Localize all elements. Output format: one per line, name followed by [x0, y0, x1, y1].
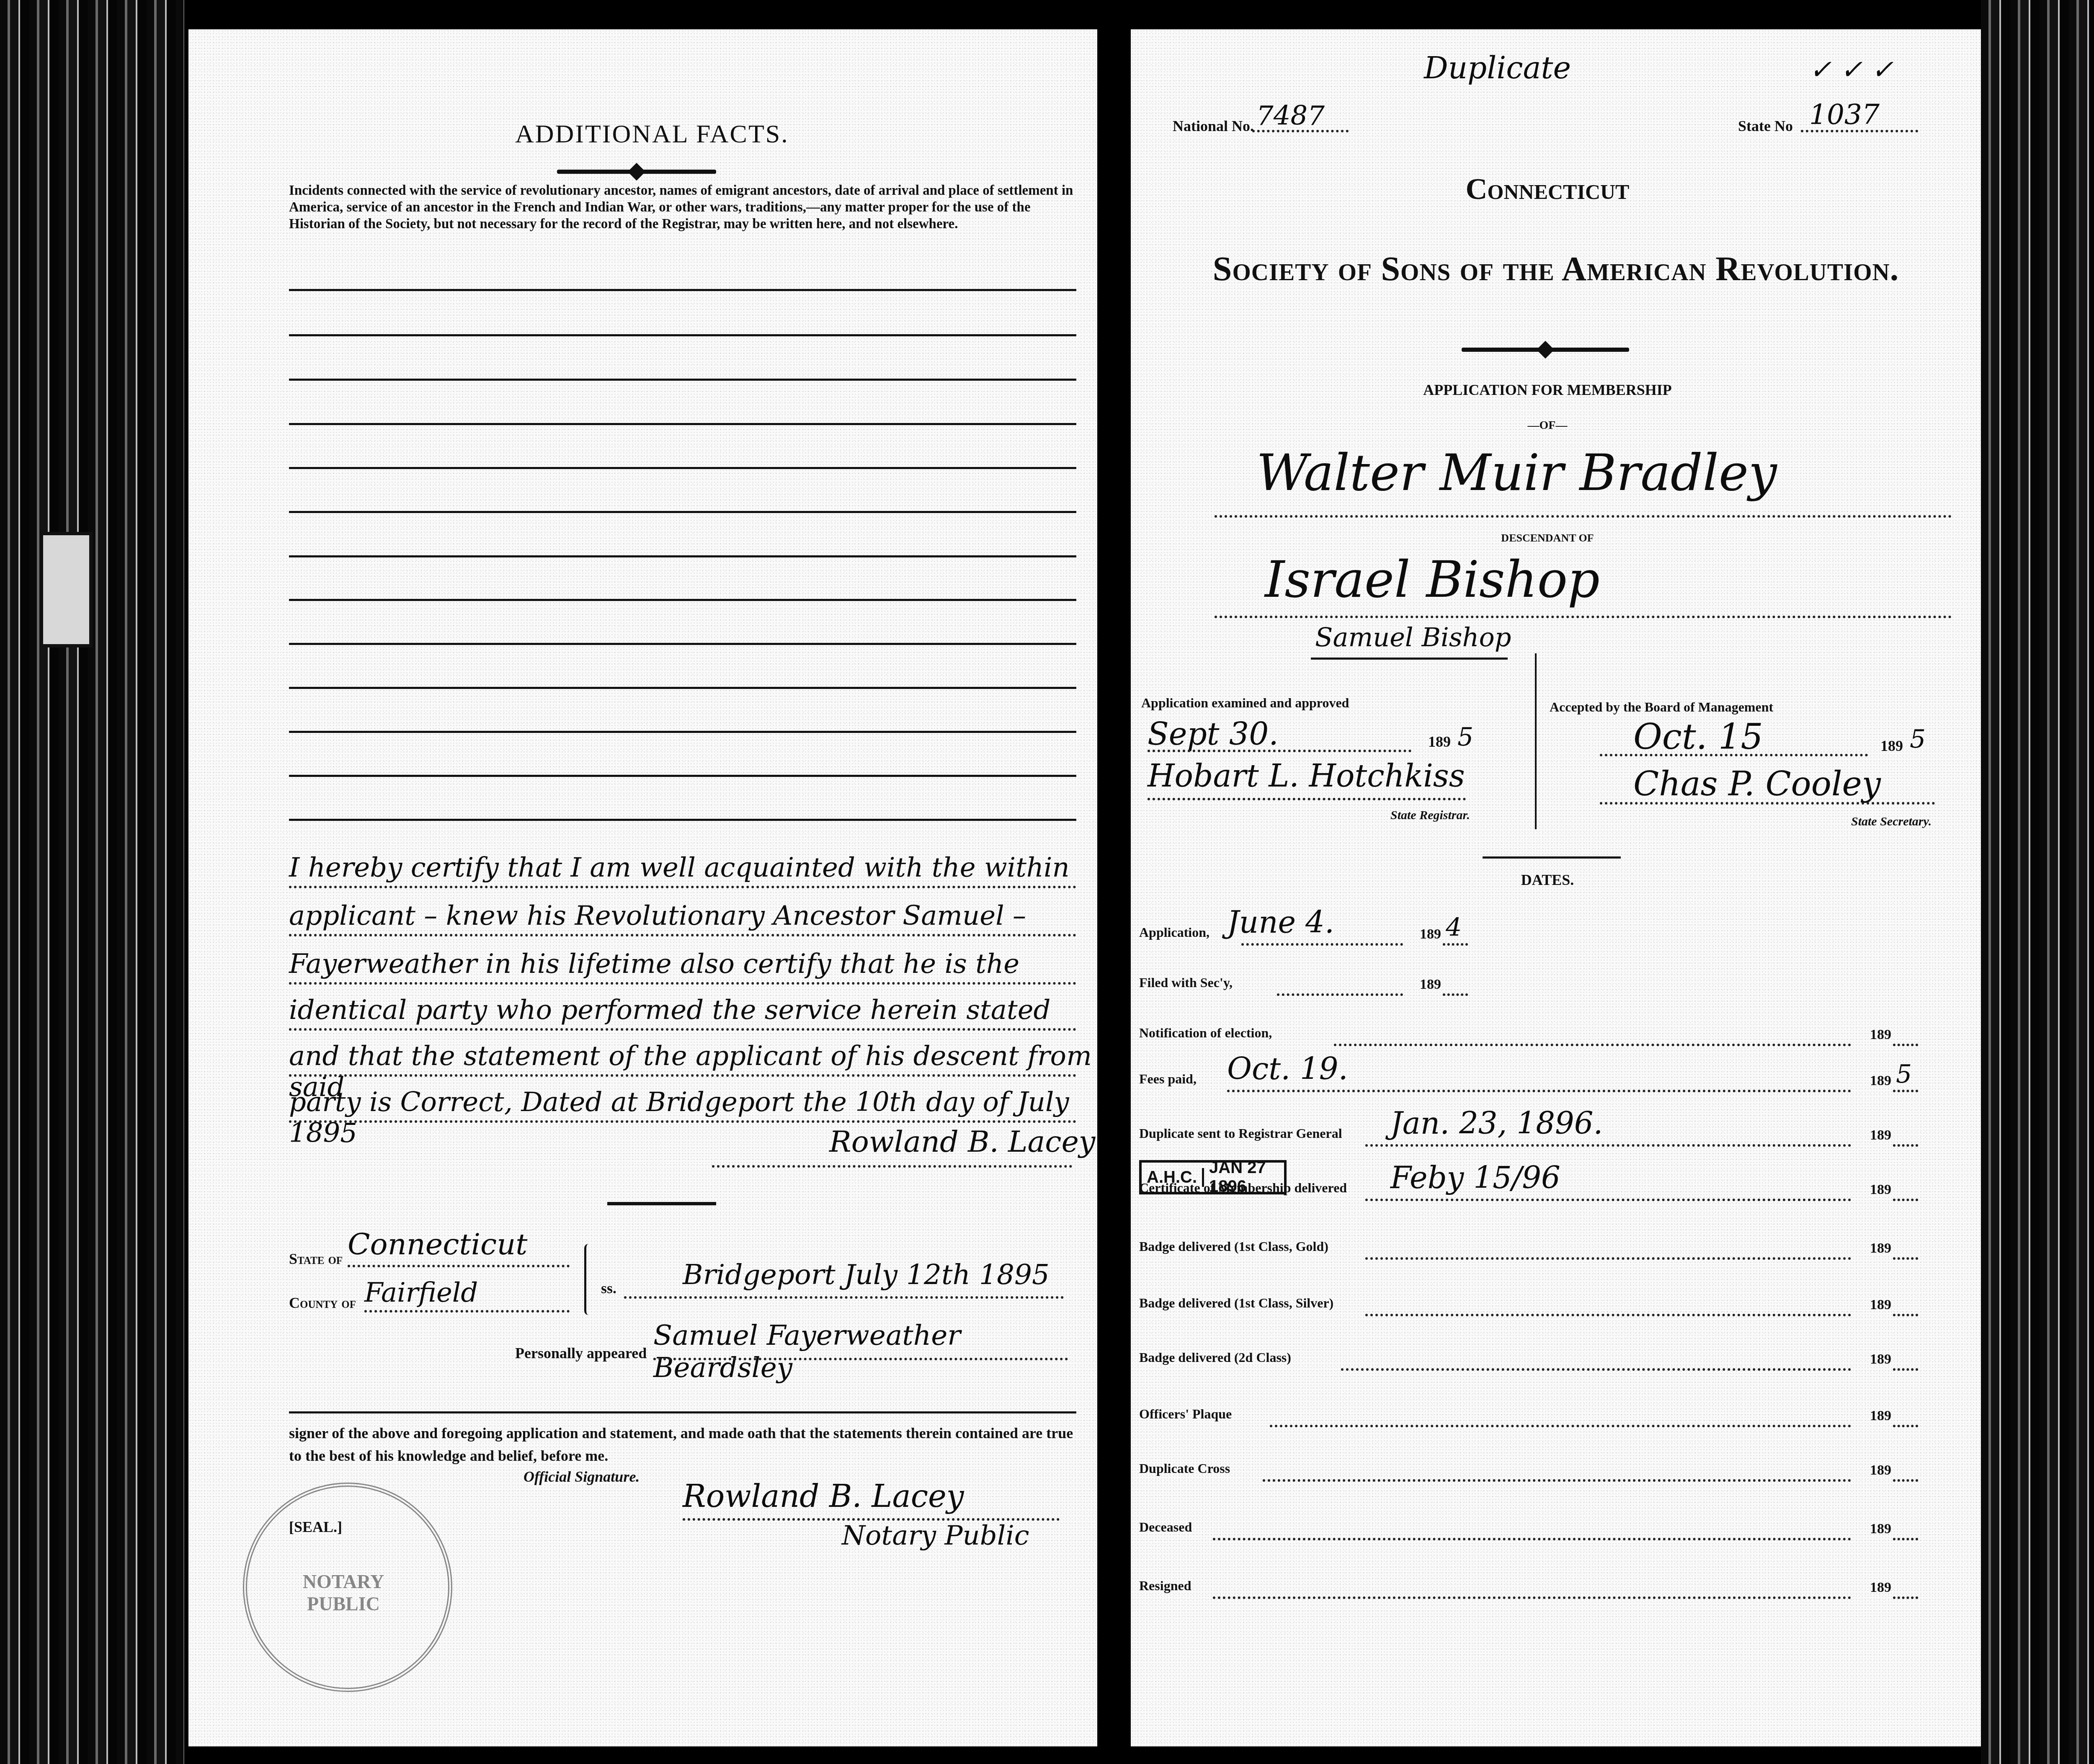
- date-row-year-prefix: 189: [1870, 1408, 1891, 1424]
- date-row: Badge delivered (1st Class, Silver)189: [1131, 1275, 1968, 1321]
- date-row-year-line: [1893, 1538, 1918, 1540]
- date-row-year-line: [1893, 1257, 1918, 1260]
- date-row-label: Resigned: [1139, 1578, 1191, 1594]
- book-page-edges-right: [1981, 0, 2094, 1764]
- date-row-year-suffix: 5: [1896, 1060, 1912, 1089]
- additional-facts-title: ADDITIONAL FACTS.: [515, 119, 789, 149]
- date-row-year-prefix: 189: [1870, 1580, 1891, 1596]
- date-row: Duplicate sent to Registrar GeneralJan. …: [1131, 1106, 1968, 1152]
- date-row-label: Notification of election,: [1139, 1025, 1272, 1041]
- dates-heading: DATES.: [1131, 871, 1964, 889]
- blank-line: [289, 379, 1076, 381]
- date-row-year-line: [1893, 1144, 1918, 1147]
- date-row-label: Badge delivered (1st Class, Gold): [1139, 1239, 1328, 1254]
- date-row-year-prefix: 189: [1420, 977, 1441, 993]
- blank-line: [289, 819, 1076, 821]
- date-row-year-prefix: 189: [1870, 1297, 1891, 1313]
- writing-line: [289, 1120, 1076, 1123]
- blank-line: [289, 423, 1076, 425]
- ss-label: ss.: [601, 1279, 616, 1297]
- state-no-value: 1037: [1809, 98, 1880, 131]
- writing-line: [289, 1074, 1076, 1077]
- section-divider: [607, 1202, 716, 1205]
- registrar-signature-line: [1148, 798, 1466, 800]
- date-row: Duplicate Cross189: [1131, 1441, 1968, 1487]
- date-row-label: Badge delivered (1st Class, Silver): [1139, 1295, 1333, 1311]
- application-heading: APPLICATION FOR MEMBERSHIP: [1131, 381, 1964, 399]
- date-row-label: Filed with Sec'y,: [1139, 975, 1233, 990]
- date-row-line: [1365, 1257, 1851, 1260]
- date-row-label: Badge delivered (2d Class): [1139, 1350, 1291, 1365]
- date-row-label: Fees paid,: [1139, 1071, 1197, 1087]
- date-row: Notification of election,189: [1131, 1005, 1968, 1051]
- date-row: Certificate of Membership deliveredFeby …: [1131, 1160, 1968, 1206]
- writing-line: [289, 982, 1076, 985]
- state-name-heading: Connecticut: [1131, 172, 1964, 206]
- date-row-year-prefix: 189: [1870, 1521, 1891, 1537]
- official-signature-label: Official Signature.: [523, 1468, 640, 1485]
- date-row-line: [1277, 993, 1403, 996]
- secretary-signature-line: [1600, 802, 1935, 805]
- applicant-line: [1215, 515, 1952, 518]
- appeared-line: [653, 1358, 1068, 1360]
- ancestor-note: Samuel Bishop: [1315, 622, 1511, 652]
- blank-line: [289, 687, 1076, 689]
- national-no-line: [1252, 130, 1349, 132]
- date-row-line: [1227, 1090, 1851, 1092]
- ancestor-note-underline: [1311, 658, 1508, 660]
- date-row: Badge delivered (1st Class, Gold)189: [1131, 1219, 1968, 1265]
- blank-line: [289, 643, 1076, 645]
- national-no-label: National No.: [1173, 117, 1254, 135]
- date-row: Filed with Sec'y,189: [1131, 955, 1968, 1001]
- date-row-year-line: [1893, 1368, 1918, 1371]
- date-row: Deceased189: [1131, 1499, 1968, 1545]
- oath-rule: [289, 1411, 1076, 1413]
- date-row-line: [1213, 1538, 1851, 1540]
- writing-line: [289, 934, 1076, 936]
- date-row-year-prefix: 189: [1870, 1127, 1891, 1143]
- accepted-year-prefix: 189: [1880, 737, 1903, 755]
- date-row-year-line: [1893, 1090, 1918, 1092]
- book-page-edges-left: [0, 0, 184, 1764]
- applicant-name: Walter Muir Bradley: [1256, 444, 1777, 502]
- accepted-date: Oct. 15: [1633, 716, 1763, 757]
- state-of-value: Connecticut: [348, 1227, 527, 1261]
- date-row-line: [1365, 1144, 1851, 1147]
- approval-divider: [1535, 653, 1537, 829]
- title-ornament: [557, 170, 716, 174]
- blank-line: [289, 599, 1076, 601]
- certification-line: Fayerweather in his lifetime also certif…: [289, 949, 1019, 980]
- examined-label: Application examined and approved: [1141, 695, 1349, 711]
- date-row-line: [1334, 1044, 1851, 1046]
- date-row-year-prefix: 189: [1870, 1073, 1891, 1089]
- oath-brace: [584, 1244, 592, 1315]
- date-row: Badge delivered (2d Class)189: [1131, 1330, 1968, 1376]
- date-row: Resigned189: [1131, 1558, 1968, 1604]
- society-name-heading: Society of Sons of the American Revoluti…: [1139, 249, 1973, 289]
- date-row-value: Feby 15/96: [1390, 1160, 1560, 1195]
- writing-line: [289, 886, 1076, 888]
- state-line: [348, 1265, 570, 1267]
- duplicate-mark: Duplicate: [1424, 50, 1571, 85]
- date-row-year-line: [1443, 943, 1468, 946]
- date-row-year-prefix: 189: [1870, 1182, 1891, 1198]
- writing-line: [289, 1028, 1076, 1031]
- date-row-line: [1213, 1596, 1851, 1599]
- date-row-line: [1270, 1425, 1851, 1427]
- county-of-label: County of: [289, 1294, 356, 1312]
- left-page: ADDITIONAL FACTS. Incidents connected wi…: [188, 29, 1097, 1746]
- state-no-label: State No: [1738, 117, 1793, 135]
- date-row-year-suffix: 4: [1446, 913, 1462, 942]
- blank-line: [289, 775, 1076, 777]
- date-row-year-line: [1443, 993, 1468, 996]
- signature-line: [712, 1165, 1072, 1168]
- state-secretary-signature: Chas P. Cooley: [1633, 764, 1881, 803]
- certification-line: I hereby certify that I am well acquaint…: [289, 852, 1070, 883]
- date-row-label: Duplicate sent to Registrar General: [1139, 1126, 1342, 1141]
- place-date: Bridgeport July 12th 1895: [683, 1259, 1050, 1291]
- certification-line: identical party who performed the servic…: [289, 995, 1051, 1026]
- date-row-year-prefix: 189: [1870, 1027, 1891, 1043]
- date-row-year-prefix: 189: [1870, 1462, 1891, 1478]
- date-row-value: June 4.: [1227, 905, 1334, 940]
- blank-line: [289, 467, 1076, 469]
- book-gutter: [1097, 0, 1131, 1764]
- state-registrar-role: State Registrar.: [1390, 808, 1470, 823]
- accepted-date-line: [1600, 754, 1868, 756]
- certifier-signature: Rowland B. Lacey: [829, 1124, 1095, 1159]
- date-row-year-line: [1893, 1044, 1918, 1046]
- blank-line: [289, 731, 1076, 733]
- right-page: Duplicate ✓ ✓ ✓ National No. 7487 State …: [1131, 29, 1981, 1746]
- date-row-year-line: [1893, 1199, 1918, 1201]
- additional-facts-instructions: Incidents connected with the service of …: [289, 182, 1076, 232]
- index-tab: [40, 532, 93, 647]
- date-row-line: [1263, 1479, 1851, 1482]
- official-title: Notary Public: [842, 1520, 1029, 1551]
- examined-year-suffix: 5: [1457, 722, 1473, 752]
- date-row-label: Application,: [1139, 925, 1209, 940]
- blank-line: [289, 289, 1076, 291]
- society-ornament: [1462, 348, 1629, 352]
- accepted-year-suffix: 5: [1910, 725, 1926, 754]
- state-no-line: [1801, 130, 1918, 132]
- county-line: [364, 1310, 570, 1313]
- state-of-label: State of: [289, 1250, 343, 1268]
- descendant-label: DESCENDANT OF: [1131, 532, 1964, 544]
- date-row-year-prefix: 189: [1420, 926, 1441, 942]
- date-row-year-line: [1893, 1596, 1918, 1599]
- examined-date-line: [1148, 750, 1411, 752]
- date-row-label: Duplicate Cross: [1139, 1461, 1230, 1476]
- date-row-label: Officers' Plaque: [1139, 1406, 1232, 1422]
- state-registrar-signature: Hobart L. Hotchkiss: [1148, 758, 1465, 794]
- ancestor-line: [1215, 616, 1952, 618]
- blank-line: [289, 511, 1076, 513]
- national-no-value: 7487: [1256, 101, 1325, 132]
- date-row-year-prefix: 189: [1870, 1351, 1891, 1367]
- official-signature: Rowland B. Lacey: [683, 1478, 964, 1514]
- date-row-year-prefix: 189: [1870, 1240, 1891, 1256]
- date-row-label: Certificate of Membership delivered: [1139, 1180, 1347, 1196]
- date-row: Officers' Plaque189: [1131, 1386, 1968, 1432]
- examined-year-prefix: 189: [1428, 733, 1451, 750]
- date-row-line: [1365, 1314, 1851, 1316]
- examined-date: Sept 30.: [1148, 716, 1279, 752]
- place-date-line: [624, 1296, 1064, 1299]
- county-of-value: Fairfield: [364, 1277, 478, 1308]
- ancestor-name: Israel Bishop: [1265, 551, 1600, 609]
- notary-seal-text: NOTARY PUBLIC: [293, 1571, 394, 1615]
- of-label: —OF—: [1131, 419, 1964, 432]
- state-secretary-role: State Secretary.: [1851, 815, 1932, 829]
- check-marks: ✓ ✓ ✓: [1809, 54, 1894, 85]
- date-row-year-line: [1893, 1425, 1918, 1427]
- oath-statement: signer of the above and foregoing applic…: [289, 1422, 1076, 1467]
- personally-appeared-value: Samuel Fayerweather Beardsley: [653, 1319, 1097, 1384]
- date-row-year-line: [1893, 1314, 1918, 1316]
- personally-appeared-label: Personally appeared: [515, 1344, 647, 1362]
- accepted-label: Accepted by the Board of Management: [1550, 699, 1773, 715]
- date-row: Application,June 4.1894: [1131, 905, 1968, 951]
- date-row-label: Deceased: [1139, 1519, 1192, 1535]
- certification-line: applicant – knew his Revolutionary Ances…: [289, 900, 1026, 931]
- date-row-line: [1241, 943, 1403, 946]
- date-row: Fees paid,Oct. 19.1895: [1131, 1051, 1968, 1097]
- date-row-line: [1365, 1199, 1851, 1201]
- dates-divider: [1483, 856, 1621, 859]
- date-row-value: Jan. 23, 1896.: [1390, 1106, 1603, 1141]
- blank-line: [289, 555, 1076, 557]
- date-row-value: Oct. 19.: [1227, 1051, 1348, 1086]
- date-row-year-line: [1893, 1479, 1918, 1482]
- date-row-line: [1341, 1368, 1851, 1371]
- blank-line: [289, 334, 1076, 336]
